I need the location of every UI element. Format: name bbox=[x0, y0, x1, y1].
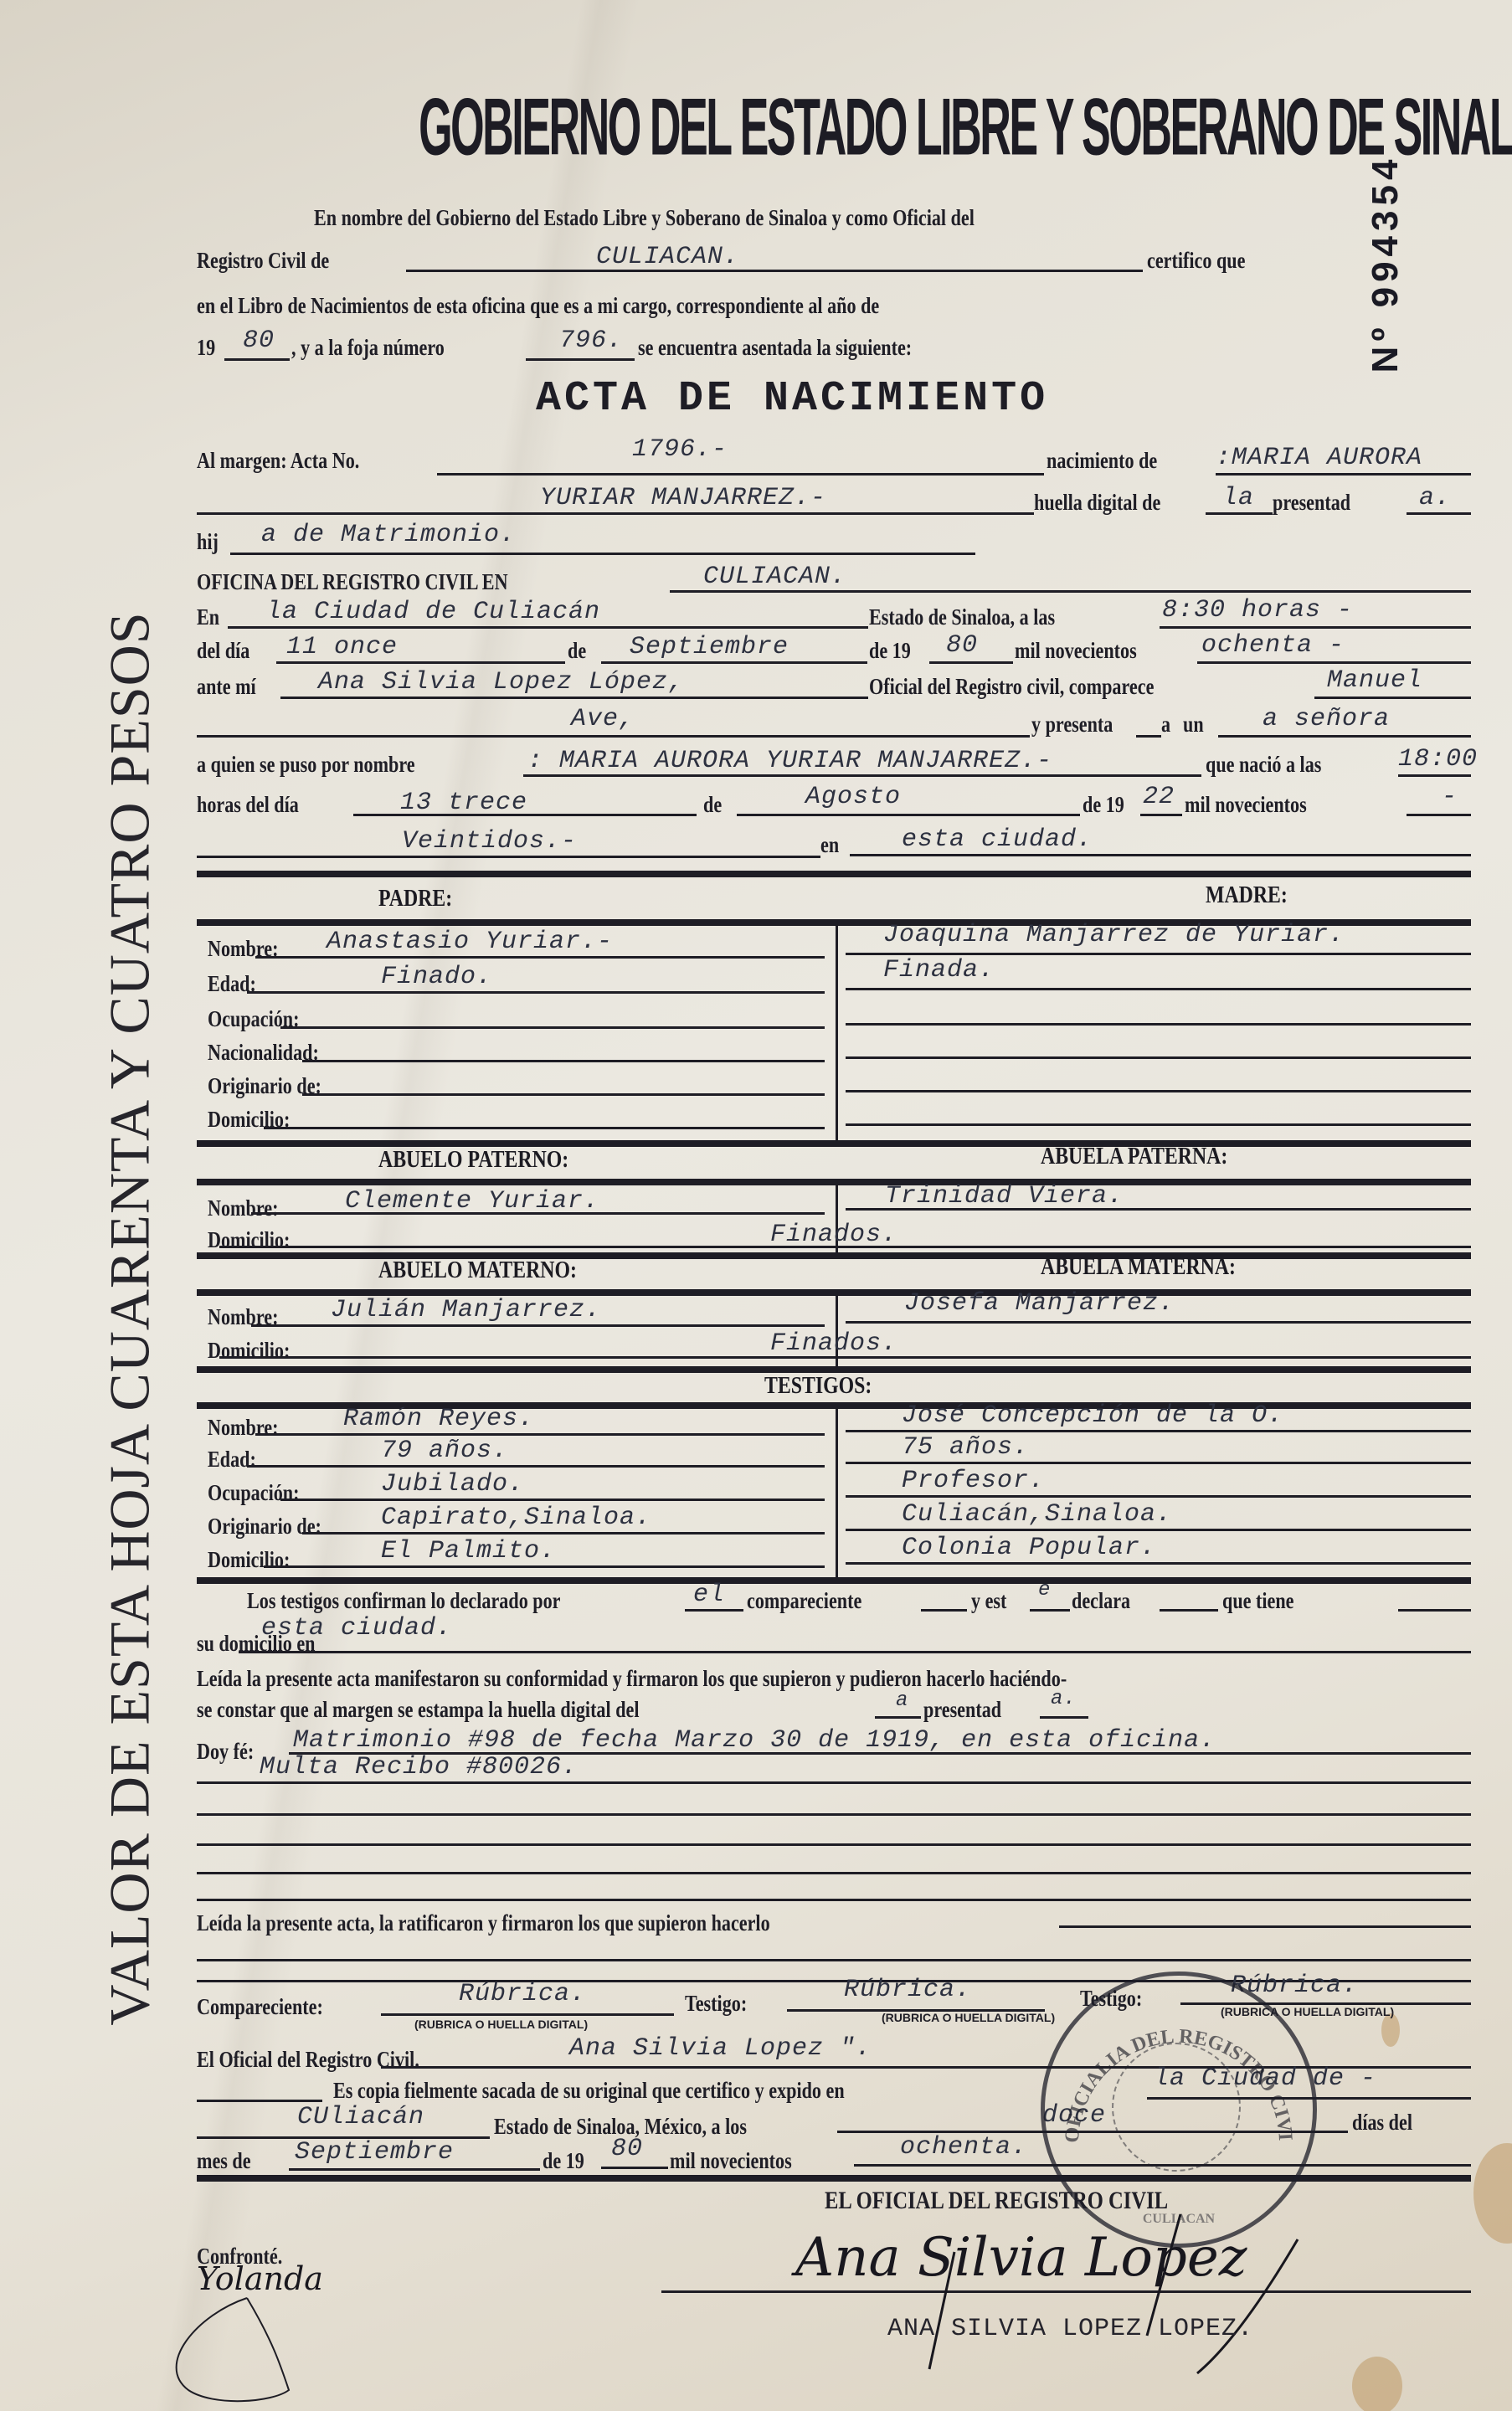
nac-de19-label: de 19 bbox=[1083, 792, 1124, 818]
witness1-originario-value: Capirato,Sinaloa. bbox=[381, 1504, 651, 1532]
nac-en-line bbox=[850, 854, 1471, 856]
nacimiento-line bbox=[1216, 473, 1471, 476]
mil-value: ochenta - bbox=[1201, 631, 1345, 660]
government-title: GOBIERNO DEL ESTADO LIBRE Y SOBERANO DE … bbox=[419, 80, 1088, 174]
witness1-field-line bbox=[280, 1499, 825, 1501]
domicilio-en-line bbox=[239, 1651, 1471, 1653]
copia-label: Es copia fielmente sacada de su original… bbox=[333, 2078, 845, 2104]
foja-field-line bbox=[526, 358, 635, 361]
nac-mes-value: Agosto bbox=[805, 783, 901, 811]
copia-de19-label: de 19 bbox=[543, 2148, 584, 2174]
compareciente-sign-line bbox=[381, 2013, 674, 2016]
ante-value: Ana Silvia Lopez López, bbox=[318, 668, 684, 697]
dias-del-label: días del bbox=[1352, 2110, 1412, 2136]
abuela-materna-line bbox=[846, 1321, 1471, 1324]
closing-presentad-value: a. bbox=[1051, 1688, 1077, 1710]
witness1-domicilio-value: El Palmito. bbox=[381, 1537, 556, 1565]
padre-field-line bbox=[255, 956, 825, 959]
witness1-ocupacion-value: Jubilado. bbox=[381, 1470, 524, 1499]
registro-label: Registro Civil de bbox=[197, 248, 329, 274]
en-label: En bbox=[197, 604, 219, 630]
ratificaron-line-2 bbox=[197, 1959, 1471, 1961]
comparece-value-2: Ave, bbox=[571, 705, 635, 733]
witness-field-label: Edad: bbox=[208, 1447, 256, 1473]
hij-label: hij bbox=[197, 529, 219, 555]
oficial-registro-value: Ana Silvia Lopez ". bbox=[569, 2034, 872, 2063]
witness2-nombre-value: José Concepción de la O. bbox=[902, 1401, 1283, 1430]
nacimiento-value-2: YURIAR MANJARREZ.- bbox=[540, 484, 826, 512]
declara-label: declara bbox=[1072, 1588, 1130, 1614]
compareciente-text: compareciente bbox=[747, 1588, 861, 1614]
year-prefix: 19 bbox=[197, 335, 215, 361]
confronte-signature-flourish bbox=[163, 2290, 314, 2407]
abuelo-paterno-value: Clemente Yuriar. bbox=[345, 1187, 599, 1216]
nacio-label: que nació a las bbox=[1206, 752, 1321, 778]
witness1-edad-value: 79 años. bbox=[381, 1437, 508, 1465]
nac-mil-line bbox=[1407, 814, 1471, 816]
padre-edad-value: Finado. bbox=[381, 963, 492, 991]
certifico-label: certifico que bbox=[1147, 248, 1245, 274]
witness2-field-line bbox=[846, 1430, 1471, 1432]
nac-en-label: en bbox=[820, 832, 839, 858]
oficial-printed-name: ANA SILVIA LOPEZ LOPEZ. bbox=[887, 2315, 1253, 2343]
nac-anio-line bbox=[1140, 814, 1182, 816]
huella-label: huella digital de bbox=[1034, 490, 1160, 516]
copia-anio-line bbox=[601, 2167, 668, 2169]
huella-presentad-line bbox=[1407, 512, 1471, 515]
mes-line bbox=[601, 661, 867, 664]
testigos-title: TESTIGOS: bbox=[764, 1373, 872, 1400]
nombre-value: : MARIA AURORA YURIAR MANJARREZ.- bbox=[527, 747, 1052, 775]
huella-del-line bbox=[875, 1716, 921, 1719]
nac-mil-line-2 bbox=[197, 856, 820, 858]
madre-field-line bbox=[846, 1090, 1471, 1092]
nombre-label: a quien se puso por nombre bbox=[197, 752, 415, 778]
official-seal-stamp: OFICIALIA DEL REGISTRO CIVIL CULIACAN bbox=[1041, 1971, 1317, 2248]
testigo1-caption: (RUBRICA O HUELLA DIGITAL) bbox=[882, 2011, 1055, 2024]
nac-en-value: esta ciudad. bbox=[902, 825, 1093, 854]
maternal-bottom-rule bbox=[197, 1366, 1471, 1373]
nacimiento-line-2 bbox=[197, 512, 1034, 515]
paper-stain bbox=[1352, 2357, 1402, 2411]
que-tiene-label: que tiene bbox=[1222, 1588, 1293, 1614]
witness1-field-line bbox=[255, 1433, 825, 1436]
witness-field-label: Ocupación: bbox=[208, 1480, 299, 1506]
nac-mil-label: mil novecientos bbox=[1185, 792, 1307, 818]
y-est-value: e bbox=[1038, 1579, 1051, 1601]
madre-nombre-value: Joaquina Manjarrez de Yuriar. bbox=[883, 921, 1345, 949]
nacio-line bbox=[1398, 774, 1471, 777]
witness2-field-line bbox=[846, 1462, 1471, 1464]
del-dia-label: del día bbox=[197, 638, 249, 664]
mes-de-label: mes de bbox=[197, 2148, 251, 2174]
maternal-domicilio-value: Finados. bbox=[770, 1329, 897, 1358]
anio-line bbox=[929, 661, 1013, 664]
declara-line bbox=[1160, 1609, 1218, 1612]
presenta-value-line bbox=[1218, 735, 1471, 738]
witness2-field-line bbox=[846, 1529, 1471, 1531]
horas-dia-label: horas del día bbox=[197, 792, 299, 818]
foja-label: , y a la foja número bbox=[291, 335, 445, 361]
compareciente-caption: (RUBRICA O HUELLA DIGITAL) bbox=[414, 2018, 588, 2031]
witness2-originario-value: Culiacán,Sinaloa. bbox=[902, 1500, 1172, 1529]
doy-fe-value-2: Multa Recibo #80026. bbox=[260, 1753, 578, 1781]
witness2-field-line bbox=[846, 1562, 1471, 1565]
ratificaron-line bbox=[1059, 1925, 1471, 1928]
leida-line-2: se constar que al margen se estampa la h… bbox=[197, 1697, 639, 1723]
maternal-top-rule bbox=[197, 1289, 1471, 1296]
padre-field-line bbox=[302, 1060, 825, 1062]
confirman-line bbox=[685, 1609, 743, 1612]
dia-value: 11 once bbox=[286, 633, 398, 661]
nac-de-label: de bbox=[703, 792, 722, 818]
madre-field-line bbox=[846, 1123, 1471, 1126]
witness2-domicilio-value: Colonia Popular. bbox=[902, 1534, 1156, 1562]
padre-field-line bbox=[247, 991, 825, 994]
registro-value: CULIACAN. bbox=[596, 243, 739, 271]
abuela-paterna-value: Trinidad Viera. bbox=[885, 1182, 1124, 1211]
copia-city: CUliacán bbox=[297, 2103, 424, 2131]
sheet-value-text: VALOR DE ESTA HOJA CUARENTA Y CUATRO PES… bbox=[46, 544, 213, 2093]
mil-line bbox=[1197, 661, 1471, 664]
de19-label: de 19 bbox=[869, 638, 911, 664]
witness2-field-line bbox=[846, 1495, 1471, 1498]
copia-mil-value: ochenta. bbox=[900, 2133, 1027, 2162]
margen-label: Al margen: Acta No. bbox=[197, 448, 359, 474]
leida-line-1: Leída la presente acta manifestaron su c… bbox=[197, 1666, 1067, 1692]
witness-field-label: Originario de: bbox=[208, 1514, 321, 1540]
svg-text:OFICIALIA DEL REGISTRO CIVIL: OFICIALIA DEL REGISTRO CIVIL bbox=[1045, 1976, 1296, 2143]
hora-value: 8:30 horas - bbox=[1162, 596, 1353, 625]
witness-field-label: Nombre: bbox=[208, 1415, 278, 1441]
copia-mil-label: mil novecientos bbox=[670, 2148, 792, 2174]
witness1-field-line bbox=[264, 1565, 825, 1568]
serial-number: Nº 994354 bbox=[1335, 142, 1436, 385]
madre-field-line bbox=[846, 988, 1471, 990]
huella-presentad-label: presentad bbox=[1273, 490, 1350, 516]
comparece-line-2 bbox=[197, 735, 1030, 738]
doy-fe-label: Doy fé: bbox=[197, 1739, 254, 1765]
nac-mil-value: - bbox=[1442, 783, 1458, 811]
huella-value: la bbox=[1222, 484, 1254, 512]
huella-del-value: a bbox=[896, 1689, 908, 1712]
en-value: la Ciudad de Culiacán bbox=[266, 598, 600, 626]
doy-fe-line-4 bbox=[197, 1843, 1471, 1846]
doy-fe-line-5 bbox=[197, 1872, 1471, 1874]
abuela-materna-title: ABUELA MATERNA: bbox=[1041, 1254, 1236, 1281]
witness1-nombre-value: Ramón Reyes. bbox=[343, 1405, 534, 1433]
y-est-line bbox=[1030, 1609, 1070, 1612]
nacio-value: 18:00 bbox=[1398, 745, 1478, 774]
hora-line bbox=[1160, 626, 1471, 629]
presenta-gender-line bbox=[1136, 735, 1161, 738]
witness-field-label: Domicilio: bbox=[208, 1547, 290, 1573]
intro-line-3: en el Libro de Nacimientos de esta ofici… bbox=[197, 293, 879, 319]
paternal-domicilio-label: Domicilio: bbox=[208, 1227, 290, 1253]
oficial-comparece-label: Oficial del Registro civil, comparece bbox=[869, 674, 1154, 700]
en-line bbox=[228, 626, 868, 629]
closing-presentad-label: presentad bbox=[923, 1697, 1001, 1723]
acta-title: ACTA DE NACIMIENTO bbox=[536, 375, 1048, 423]
madre-field-line bbox=[846, 1056, 1471, 1059]
que-tiene-line bbox=[1398, 1609, 1471, 1612]
abuelo-materno-line bbox=[251, 1324, 825, 1327]
abuela-materna-value: Josefa Manjarrez. bbox=[904, 1289, 1175, 1318]
parents-bottom-rule bbox=[197, 1140, 1471, 1147]
hij-line bbox=[230, 553, 975, 555]
witness1-field-line bbox=[302, 1532, 825, 1535]
asentada-label: se encuentra asentada la siguiente: bbox=[638, 335, 912, 361]
closing-presentad-line bbox=[1040, 1716, 1088, 1719]
year-value: 80 bbox=[243, 326, 275, 355]
confirman-label: Los testigos confirman lo declarado por bbox=[247, 1588, 561, 1614]
maternal-domicilio-label: Domicilio: bbox=[208, 1338, 290, 1364]
doy-fe-line-3 bbox=[197, 1813, 1471, 1816]
abuelo-materno-value: Julián Manjarrez. bbox=[331, 1296, 601, 1324]
sheet-value-label: VALOR DE ESTA HOJA CUARENTA Y CUATRO PES… bbox=[97, 611, 163, 2025]
anio-value: 80 bbox=[946, 631, 978, 660]
madre-edad-value: Finada. bbox=[883, 956, 995, 984]
padre-field-line bbox=[264, 1127, 825, 1129]
comparece-value-1: Manuel bbox=[1327, 666, 1422, 695]
oficial-signature-strokes bbox=[904, 2210, 1356, 2378]
ratificaron-text: Leída la presente acta, la ratificaron y… bbox=[197, 1910, 770, 1936]
testigo1-sign-value: Rúbrica. bbox=[844, 1976, 971, 2004]
witnesses-column-divider bbox=[836, 1406, 838, 1578]
abuelo-paterno-nombre-label: Nombre: bbox=[208, 1195, 278, 1221]
copia-mes-value: Septiembre bbox=[295, 2138, 454, 2167]
witness2-edad-value: 75 años. bbox=[902, 1433, 1029, 1462]
compareciente-sign-value: Rúbrica. bbox=[459, 1980, 586, 2008]
acta-no-value: 1796.- bbox=[632, 435, 728, 464]
mil-label: mil novecientos bbox=[1015, 638, 1137, 664]
year-field-line bbox=[224, 358, 290, 361]
witness2-ocupacion-value: Profesor. bbox=[902, 1467, 1045, 1495]
padre-title: PADRE: bbox=[378, 886, 452, 912]
de-label: de bbox=[568, 638, 586, 664]
nacimiento-label: nacimiento de bbox=[1047, 448, 1157, 474]
doy-fe-line-2 bbox=[197, 1781, 1471, 1784]
padre-nombre-value: Anastasio Yuriar.- bbox=[327, 928, 613, 956]
copia-mes-line bbox=[289, 2168, 540, 2171]
section-divider bbox=[197, 871, 1471, 877]
estado-label: Estado de Sinaloa, a las bbox=[869, 604, 1055, 630]
comparece-line bbox=[1314, 697, 1471, 699]
acta-no-line bbox=[437, 473, 1044, 476]
padre-field-line bbox=[302, 1093, 825, 1096]
paternal-domicilio-value: Finados. bbox=[770, 1221, 897, 1249]
oficial-registro-label: El Oficial del Registro Civil. bbox=[197, 2047, 419, 2073]
nacimiento-value-1: :MARIA AURORA bbox=[1216, 444, 1422, 472]
madre-field-line bbox=[846, 953, 1471, 955]
padre-field-line bbox=[280, 1026, 825, 1029]
paternal-top-rule bbox=[197, 1179, 1471, 1185]
witness1-field-line bbox=[247, 1465, 825, 1468]
intro-line-1: En nombre del Gobierno del Estado Libre … bbox=[314, 205, 975, 231]
hij-value: a de Matrimonio. bbox=[261, 521, 516, 549]
doy-fe-line-6 bbox=[197, 1899, 1471, 1901]
registro-field-line bbox=[406, 270, 1143, 272]
nac-mes-line bbox=[737, 814, 1080, 816]
presenta-gender: a bbox=[1161, 712, 1170, 738]
dia-line bbox=[276, 661, 565, 664]
seal-text-ring: OFICIALIA DEL REGISTRO CIVIL CULIACAN bbox=[1045, 1976, 1313, 2244]
nac-dia-value: 13 trece bbox=[400, 789, 527, 817]
ante-line bbox=[280, 697, 868, 699]
huella-line bbox=[1206, 512, 1273, 515]
domicilio-en-value: esta ciudad. bbox=[261, 1614, 452, 1642]
oficina-label: OFICINA DEL REGISTRO CIVIL EN bbox=[197, 569, 508, 595]
mes-value: Septiembre bbox=[630, 633, 789, 661]
presenta-value: a señora bbox=[1263, 705, 1390, 733]
confirman-value: el bbox=[693, 1581, 725, 1609]
serial-number-text: Nº 994354 bbox=[1365, 155, 1407, 373]
doy-fe-value-1: Matrimonio #98 de fecha Marzo 30 de 1919… bbox=[293, 1726, 1216, 1755]
paper-stain bbox=[1381, 2013, 1400, 2047]
un-label: un bbox=[1183, 712, 1204, 738]
abuelo-materno-title: ABUELO MATERNO: bbox=[378, 1257, 577, 1284]
copia-leading-line bbox=[197, 2100, 322, 2102]
witnesses-bottom-rule bbox=[197, 1577, 1471, 1584]
parents-column-divider bbox=[836, 923, 838, 1144]
presenta-label: y presenta bbox=[1031, 712, 1113, 738]
y-est-label: y est bbox=[971, 1588, 1006, 1614]
madre-field-line bbox=[846, 1023, 1471, 1026]
oficina-value: CULIACAN. bbox=[703, 563, 846, 591]
testigo1-sign-label: Testigo: bbox=[685, 1991, 747, 2017]
foja-value: 796. bbox=[559, 326, 623, 355]
nac-mil-value-2: Veintidos.- bbox=[402, 827, 577, 856]
abuelo-paterno-title: ABUELO PATERNO: bbox=[378, 1147, 568, 1174]
abuela-paterna-title: ABUELA PATERNA: bbox=[1041, 1144, 1227, 1170]
compareciente-sign-label: Compareciente: bbox=[197, 1994, 323, 2020]
huella-presentad-value: a. bbox=[1419, 484, 1451, 512]
madre-title: MADRE: bbox=[1206, 882, 1288, 909]
compareciente-line bbox=[921, 1609, 967, 1612]
copia-anio-value: 80 bbox=[611, 2135, 643, 2163]
nac-anio-value: 22 bbox=[1143, 783, 1175, 811]
ante-label: ante mí bbox=[197, 674, 256, 700]
